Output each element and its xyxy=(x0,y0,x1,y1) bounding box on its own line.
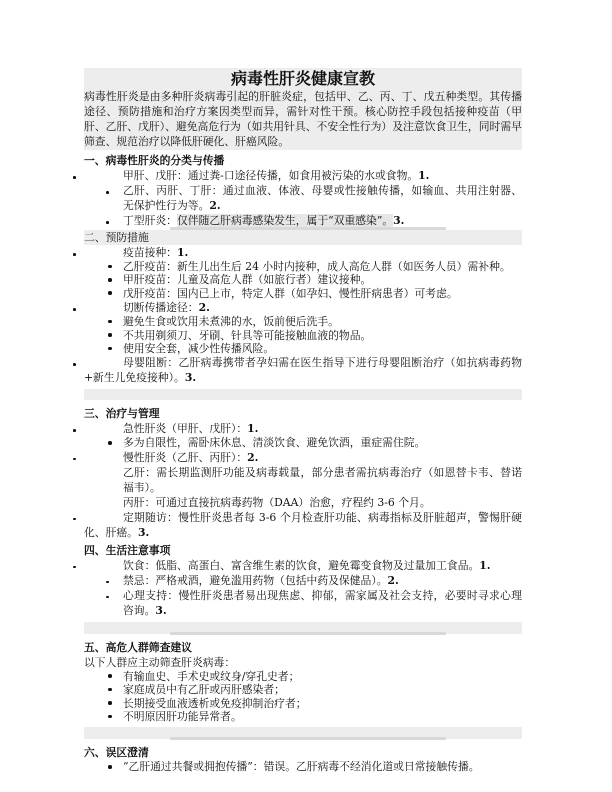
text-content: 病毒性肝炎是由多种肝炎病毒引起的肝脏炎症，包括甲、乙、丙、丁、戊五种类型。其传播… xyxy=(84,90,522,148)
item-ref-number: 3. xyxy=(138,526,149,539)
list-item: 甲肝、戊肝：通过粪-口途径传播，如食用被污染的水或食物。1. xyxy=(84,168,522,183)
divider-strip xyxy=(170,632,446,635)
text-content: 避免生食或饮用未煮沸的水，饭前便后洗手。 xyxy=(123,315,339,328)
section-heading-shaded: 二、预防措施 xyxy=(84,230,522,245)
item-ref-number: 3. xyxy=(185,371,196,384)
list-item: 丁型肝炎：仅伴随乙肝病毒感染发生，属于“双重感染”。3. xyxy=(84,213,522,228)
text-content: 乙肝：需长期监测肝功能及病毒载量，部分患者需抗病毒治疗（如恩替卡韦、替诺福韦）。 xyxy=(123,466,522,494)
text-content: 母婴阻断：乙肝病毒携带者孕妇需在医生指导下进行母婴阻断治疗（如抗病毒药物+新生儿… xyxy=(84,356,522,384)
bullet-icon xyxy=(108,441,112,445)
dot-marker-icon xyxy=(73,518,76,521)
dot-marker-icon xyxy=(73,308,76,311)
intro-paragraph: 病毒性肝炎是由多种肝炎病毒引起的肝脏炎症，包括甲、乙、丙、丁、戊五种类型。其传播… xyxy=(84,89,522,150)
list-item: 避免生食或饮用未煮沸的水，饭前便后洗手。 xyxy=(84,315,522,328)
bullet-icon xyxy=(108,265,112,269)
list-item: 不共用剃须刀、牙刷、针具等可能接触血液的物品。 xyxy=(84,329,522,342)
list-item: 慢性肝炎（乙肝、丙肝）：2. xyxy=(84,450,522,465)
text-content: 急性肝炎（甲肝、戊肝）： xyxy=(123,422,247,435)
text-content: 五、高危人群筛查建议 xyxy=(84,641,192,654)
list-item: 戊肝疫苗：国内已上市，特定人群（如孕妇、慢性肝病患者）可考虑。 xyxy=(84,287,522,300)
bullet-icon xyxy=(108,278,112,282)
item-ref-number: 1. xyxy=(247,422,258,435)
dot-marker-icon xyxy=(106,191,109,194)
list-item: 丙肝：可通过直接抗病毒药物（DAA）治愈，疗程约 3-6 个月。 xyxy=(84,495,522,510)
text-content: 不明原因肝功能异常者。 xyxy=(123,710,242,723)
list-item: 家庭成员中有乙肝或丙肝感染者； xyxy=(84,683,522,696)
text-content: 病毒性肝炎健康宣教 xyxy=(231,69,375,88)
section-heading: 一、病毒性肝炎的分类与传播 xyxy=(84,150,522,168)
text-content: 以下人群应主动筛查肝炎病毒： xyxy=(84,656,235,669)
section-heading: 三、治疗与管理 xyxy=(84,403,522,421)
item-ref-number: 2. xyxy=(199,301,210,314)
list-item: 定期随访：慢性肝炎患者每 3-6 个月检查肝功能、病毒指标及肝脏超声，警惕肝硬化… xyxy=(84,510,522,540)
item-ref-number: 2. xyxy=(247,451,258,464)
text-content: 饮食：低脂、高蛋白、富含维生素的饮食，避免霉变食物及过量加工食品。 xyxy=(123,559,479,572)
text-content: 疫苗接种： xyxy=(123,246,177,259)
list-item: 长期接受血液透析或免疫抑制治疗者； xyxy=(84,697,522,710)
text-content: 甲肝疫苗：儿童及高危人群（如旅行者）建议接种。 xyxy=(123,273,371,286)
list-item: 甲肝疫苗：儿童及高危人群（如旅行者）建议接种。 xyxy=(84,273,522,286)
text-content: 六、误区澄清 xyxy=(84,746,149,759)
section-spacer xyxy=(84,727,522,739)
dot-marker-icon xyxy=(73,363,76,366)
text-content: 不共用剃须刀、牙刷、针具等可能接触血液的物品。 xyxy=(123,329,371,342)
highlighted-text: 仅伴随乙肝病毒感染发生，属于“双重感染”。 xyxy=(177,214,393,227)
bullet-icon xyxy=(108,333,112,337)
text-content: 切断传播途径： xyxy=(123,301,199,314)
bullet-icon xyxy=(108,715,112,719)
list-item: 多为自限性，需卧床休息、清淡饮食、避免饮酒，重症需住院。 xyxy=(84,436,522,449)
item-ref-number: 2. xyxy=(388,574,399,587)
dot-marker-icon xyxy=(73,253,76,256)
divider-strip xyxy=(170,737,446,740)
item-ref-number: 3. xyxy=(393,214,404,227)
list-item: 饮食：低脂、高蛋白、富含维生素的饮食，避免霉变食物及过量加工食品。1. xyxy=(84,558,522,573)
dot-marker-icon xyxy=(73,176,76,179)
list-item: 乙肝：需长期监测肝功能及病毒载量，部分患者需抗病毒治疗（如恩替卡韦、替诺福韦）。 xyxy=(84,465,522,495)
bullet-icon xyxy=(108,765,112,769)
text-content: 使用安全套，减少性传播风险。 xyxy=(123,342,274,355)
text-content: 长期接受血液透析或免疫抑制治疗者； xyxy=(123,697,307,710)
text-content: “乙肝通过共餐或拥抱传播”：错误。乙肝病毒不经消化道或日常接触传播。 xyxy=(123,760,480,773)
list-item: 有输血史、手术史或纹身/穿孔史者； xyxy=(84,670,522,683)
text-content: 一、病毒性肝炎的分类与传播 xyxy=(84,154,224,167)
list-item: 切断传播途径：2. xyxy=(84,300,522,315)
dot-marker-icon xyxy=(106,581,109,584)
divider-strip xyxy=(170,227,446,230)
text-content: 禁忌：严格戒酒，避免滥用药物（包括中药及保健品）。 xyxy=(123,574,388,587)
item-ref-number: 1. xyxy=(418,169,429,182)
section-heading: 六、误区澄清 xyxy=(84,742,522,760)
dot-marker-icon xyxy=(73,458,76,461)
text-content: 慢性肝炎（乙肝、丙肝）： xyxy=(123,451,247,464)
text-content: 乙肝、丙肝、丁肝：通过血液、体液、母婴或性接触传播，如输血、共用注射器、无保护性… xyxy=(123,184,522,212)
bullet-icon xyxy=(108,674,112,678)
dot-marker-icon xyxy=(73,429,76,432)
list-item: 不明原因肝功能异常者。 xyxy=(84,710,522,723)
item-ref-number: 3. xyxy=(155,604,166,617)
text-content: 家庭成员中有乙肝或丙肝感染者； xyxy=(123,683,285,696)
list-item: “乙肝通过共餐或拥抱传播”：错误。乙肝病毒不经消化道或日常接触传播。 xyxy=(84,760,522,773)
text-content: 定期随访：慢性肝炎患者每 3-6 个月检查肝功能、病毒指标及肝脏超声，警惕肝硬化… xyxy=(84,511,522,539)
text-content: 四、生活注意事项 xyxy=(84,544,170,557)
dot-marker-icon xyxy=(106,596,109,599)
text-content: 三、治疗与管理 xyxy=(84,407,160,420)
text-content: 戊肝疫苗：国内已上市，特定人群（如孕妇、慢性肝病患者）可考虑。 xyxy=(123,287,458,300)
text-content: 丙肝：可通过直接抗病毒药物（DAA）治愈，疗程约 3-6 个月。 xyxy=(123,496,431,509)
bullet-icon xyxy=(108,291,112,295)
bullet-icon xyxy=(108,347,112,351)
bullet-icon xyxy=(108,688,112,692)
text-content: 乙肝疫苗：新生儿出生后 24 小时内接种，成人高危人群（如医务人员）需补种。 xyxy=(123,260,511,273)
item-ref-number: 1. xyxy=(177,246,188,259)
section-heading: 五、高危人群筛查建议 xyxy=(84,637,522,655)
doc-content: 病毒性肝炎健康宣教病毒性肝炎是由多种肝炎病毒引起的肝脏炎症，包括甲、乙、丙、丁、… xyxy=(84,68,522,774)
section-spacer xyxy=(84,389,522,400)
bullet-icon xyxy=(108,701,112,705)
text-content: 多为自限性，需卧床休息、清淡饮食、避免饮酒，重症需住院。 xyxy=(123,436,425,449)
list-item: 乙肝疫苗：新生儿出生后 24 小时内接种，成人高危人群（如医务人员）需补种。 xyxy=(84,260,522,273)
item-ref-number: 2. xyxy=(209,199,220,212)
document-page: 病毒性肝炎健康宣教病毒性肝炎是由多种肝炎病毒引起的肝脏炎症，包括甲、乙、丙、丁、… xyxy=(0,0,612,792)
list-item: 疫苗接种：1. xyxy=(84,245,522,260)
list-item: 急性肝炎（甲肝、戊肝）：1. xyxy=(84,421,522,436)
text-content: 心理支持：慢性肝炎患者易出现焦虑、抑郁，需家属及社会支持，必要时寻求心理咨询。 xyxy=(123,589,522,617)
list-item: 乙肝、丙肝、丁肝：通过血液、体液、母婴或性接触传播，如输血、共用注射器、无保护性… xyxy=(84,183,522,213)
text-content: 有输血史、手术史或纹身/穿孔史者； xyxy=(123,670,299,683)
text-content: 二、预防措施 xyxy=(84,231,149,244)
section-heading: 四、生活注意事项 xyxy=(84,540,522,558)
list-item: 心理支持：慢性肝炎患者易出现焦虑、抑郁，需家属及社会支持，必要时寻求心理咨询。3… xyxy=(84,588,522,618)
list-item: 禁忌：严格戒酒，避免滥用药物（包括中药及保健品）。2. xyxy=(84,573,522,588)
bullet-icon xyxy=(108,320,112,324)
dot-marker-icon xyxy=(106,221,109,224)
doc-title: 病毒性肝炎健康宣教 xyxy=(84,68,522,89)
text-content: 丁型肝炎： xyxy=(123,214,177,227)
text-content: 甲肝、戊肝：通过粪-口途径传播，如食用被污染的水或食物。 xyxy=(123,169,418,182)
item-ref-number: 1. xyxy=(479,559,490,572)
dot-marker-icon xyxy=(73,566,76,569)
section-spacer xyxy=(84,622,522,634)
list-item: 使用安全套，减少性传播风险。 xyxy=(84,342,522,355)
text-line: 以下人群应主动筛查肝炎病毒： xyxy=(84,655,522,670)
list-item: 母婴阻断：乙肝病毒携带者孕妇需在医生指导下进行母婴阻断治疗（如抗病毒药物+新生儿… xyxy=(84,355,522,385)
